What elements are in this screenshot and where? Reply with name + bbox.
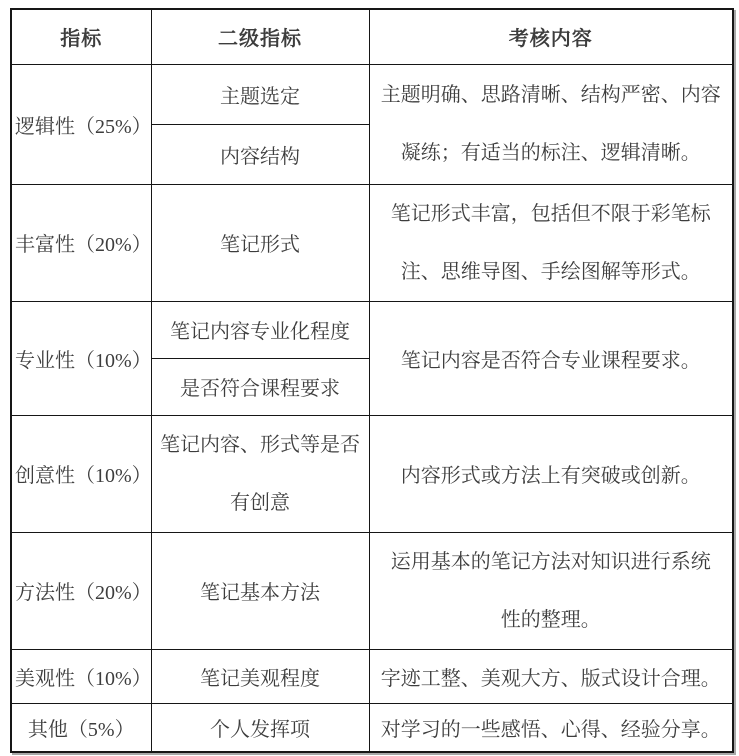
document-page: 指标 二级指标 考核内容 逻辑性（25%） 主题选定 主题明确、思路清晰、结构严… bbox=[10, 8, 734, 753]
indicator-cell: 美观性（10%） bbox=[11, 649, 151, 703]
sub-indicator-cell: 个人发挥项 bbox=[151, 703, 369, 752]
sub-indicator-cell: 笔记基本方法 bbox=[151, 532, 369, 649]
indicator-cell: 创意性（10%） bbox=[11, 415, 151, 532]
content-cell: 内容形式或方法上有突破或创新。 bbox=[369, 415, 733, 532]
content-cell: 对学习的一些感悟、心得、经验分享。 bbox=[369, 703, 733, 752]
indicator-cell: 其他（5%） bbox=[11, 703, 151, 752]
table-header-row: 指标 二级指标 考核内容 bbox=[11, 9, 733, 64]
col-header-indicator: 指标 bbox=[11, 9, 151, 64]
table-row: 其他（5%） 个人发挥项 对学习的一些感悟、心得、经验分享。 bbox=[11, 703, 733, 752]
criteria-table: 指标 二级指标 考核内容 逻辑性（25%） 主题选定 主题明确、思路清晰、结构严… bbox=[10, 8, 734, 753]
content-cell: 笔记内容是否符合专业课程要求。 bbox=[369, 301, 733, 415]
sub-indicator-cell: 主题选定 bbox=[151, 64, 369, 124]
content-cell: 字迹工整、美观大方、版式设计合理。 bbox=[369, 649, 733, 703]
sub-indicator-cell: 笔记内容、形式等是否 有创意 bbox=[151, 415, 369, 532]
table-row: 方法性（20%） 笔记基本方法 运用基本的笔记方法对知识进行系统 性的整理。 bbox=[11, 532, 733, 649]
sub-indicator-cell: 笔记内容专业化程度 bbox=[151, 301, 369, 358]
indicator-cell: 逻辑性（25%） bbox=[11, 64, 151, 184]
indicator-cell: 方法性（20%） bbox=[11, 532, 151, 649]
col-header-sub-indicator: 二级指标 bbox=[151, 9, 369, 64]
table-row: 专业性（10%） 笔记内容专业化程度 笔记内容是否符合专业课程要求。 bbox=[11, 301, 733, 358]
table-row: 逻辑性（25%） 主题选定 主题明确、思路清晰、结构严密、内容 凝练；有适当的标… bbox=[11, 64, 733, 124]
sub-indicator-cell: 笔记形式 bbox=[151, 184, 369, 301]
indicator-cell: 丰富性（20%） bbox=[11, 184, 151, 301]
content-cell: 笔记形式丰富，包括但不限于彩笔标 注、思维导图、手绘图解等形式。 bbox=[369, 184, 733, 301]
sub-indicator-cell: 是否符合课程要求 bbox=[151, 358, 369, 415]
content-cell: 运用基本的笔记方法对知识进行系统 性的整理。 bbox=[369, 532, 733, 649]
sub-indicator-cell: 内容结构 bbox=[151, 124, 369, 184]
col-header-content: 考核内容 bbox=[369, 9, 733, 64]
sub-indicator-cell: 笔记美观程度 bbox=[151, 649, 369, 703]
table-row: 创意性（10%） 笔记内容、形式等是否 有创意 内容形式或方法上有突破或创新。 bbox=[11, 415, 733, 532]
table-row: 美观性（10%） 笔记美观程度 字迹工整、美观大方、版式设计合理。 bbox=[11, 649, 733, 703]
content-cell: 主题明确、思路清晰、结构严密、内容 凝练；有适当的标注、逻辑清晰。 bbox=[369, 64, 733, 184]
indicator-cell: 专业性（10%） bbox=[11, 301, 151, 415]
table-row: 丰富性（20%） 笔记形式 笔记形式丰富，包括但不限于彩笔标 注、思维导图、手绘… bbox=[11, 184, 733, 301]
